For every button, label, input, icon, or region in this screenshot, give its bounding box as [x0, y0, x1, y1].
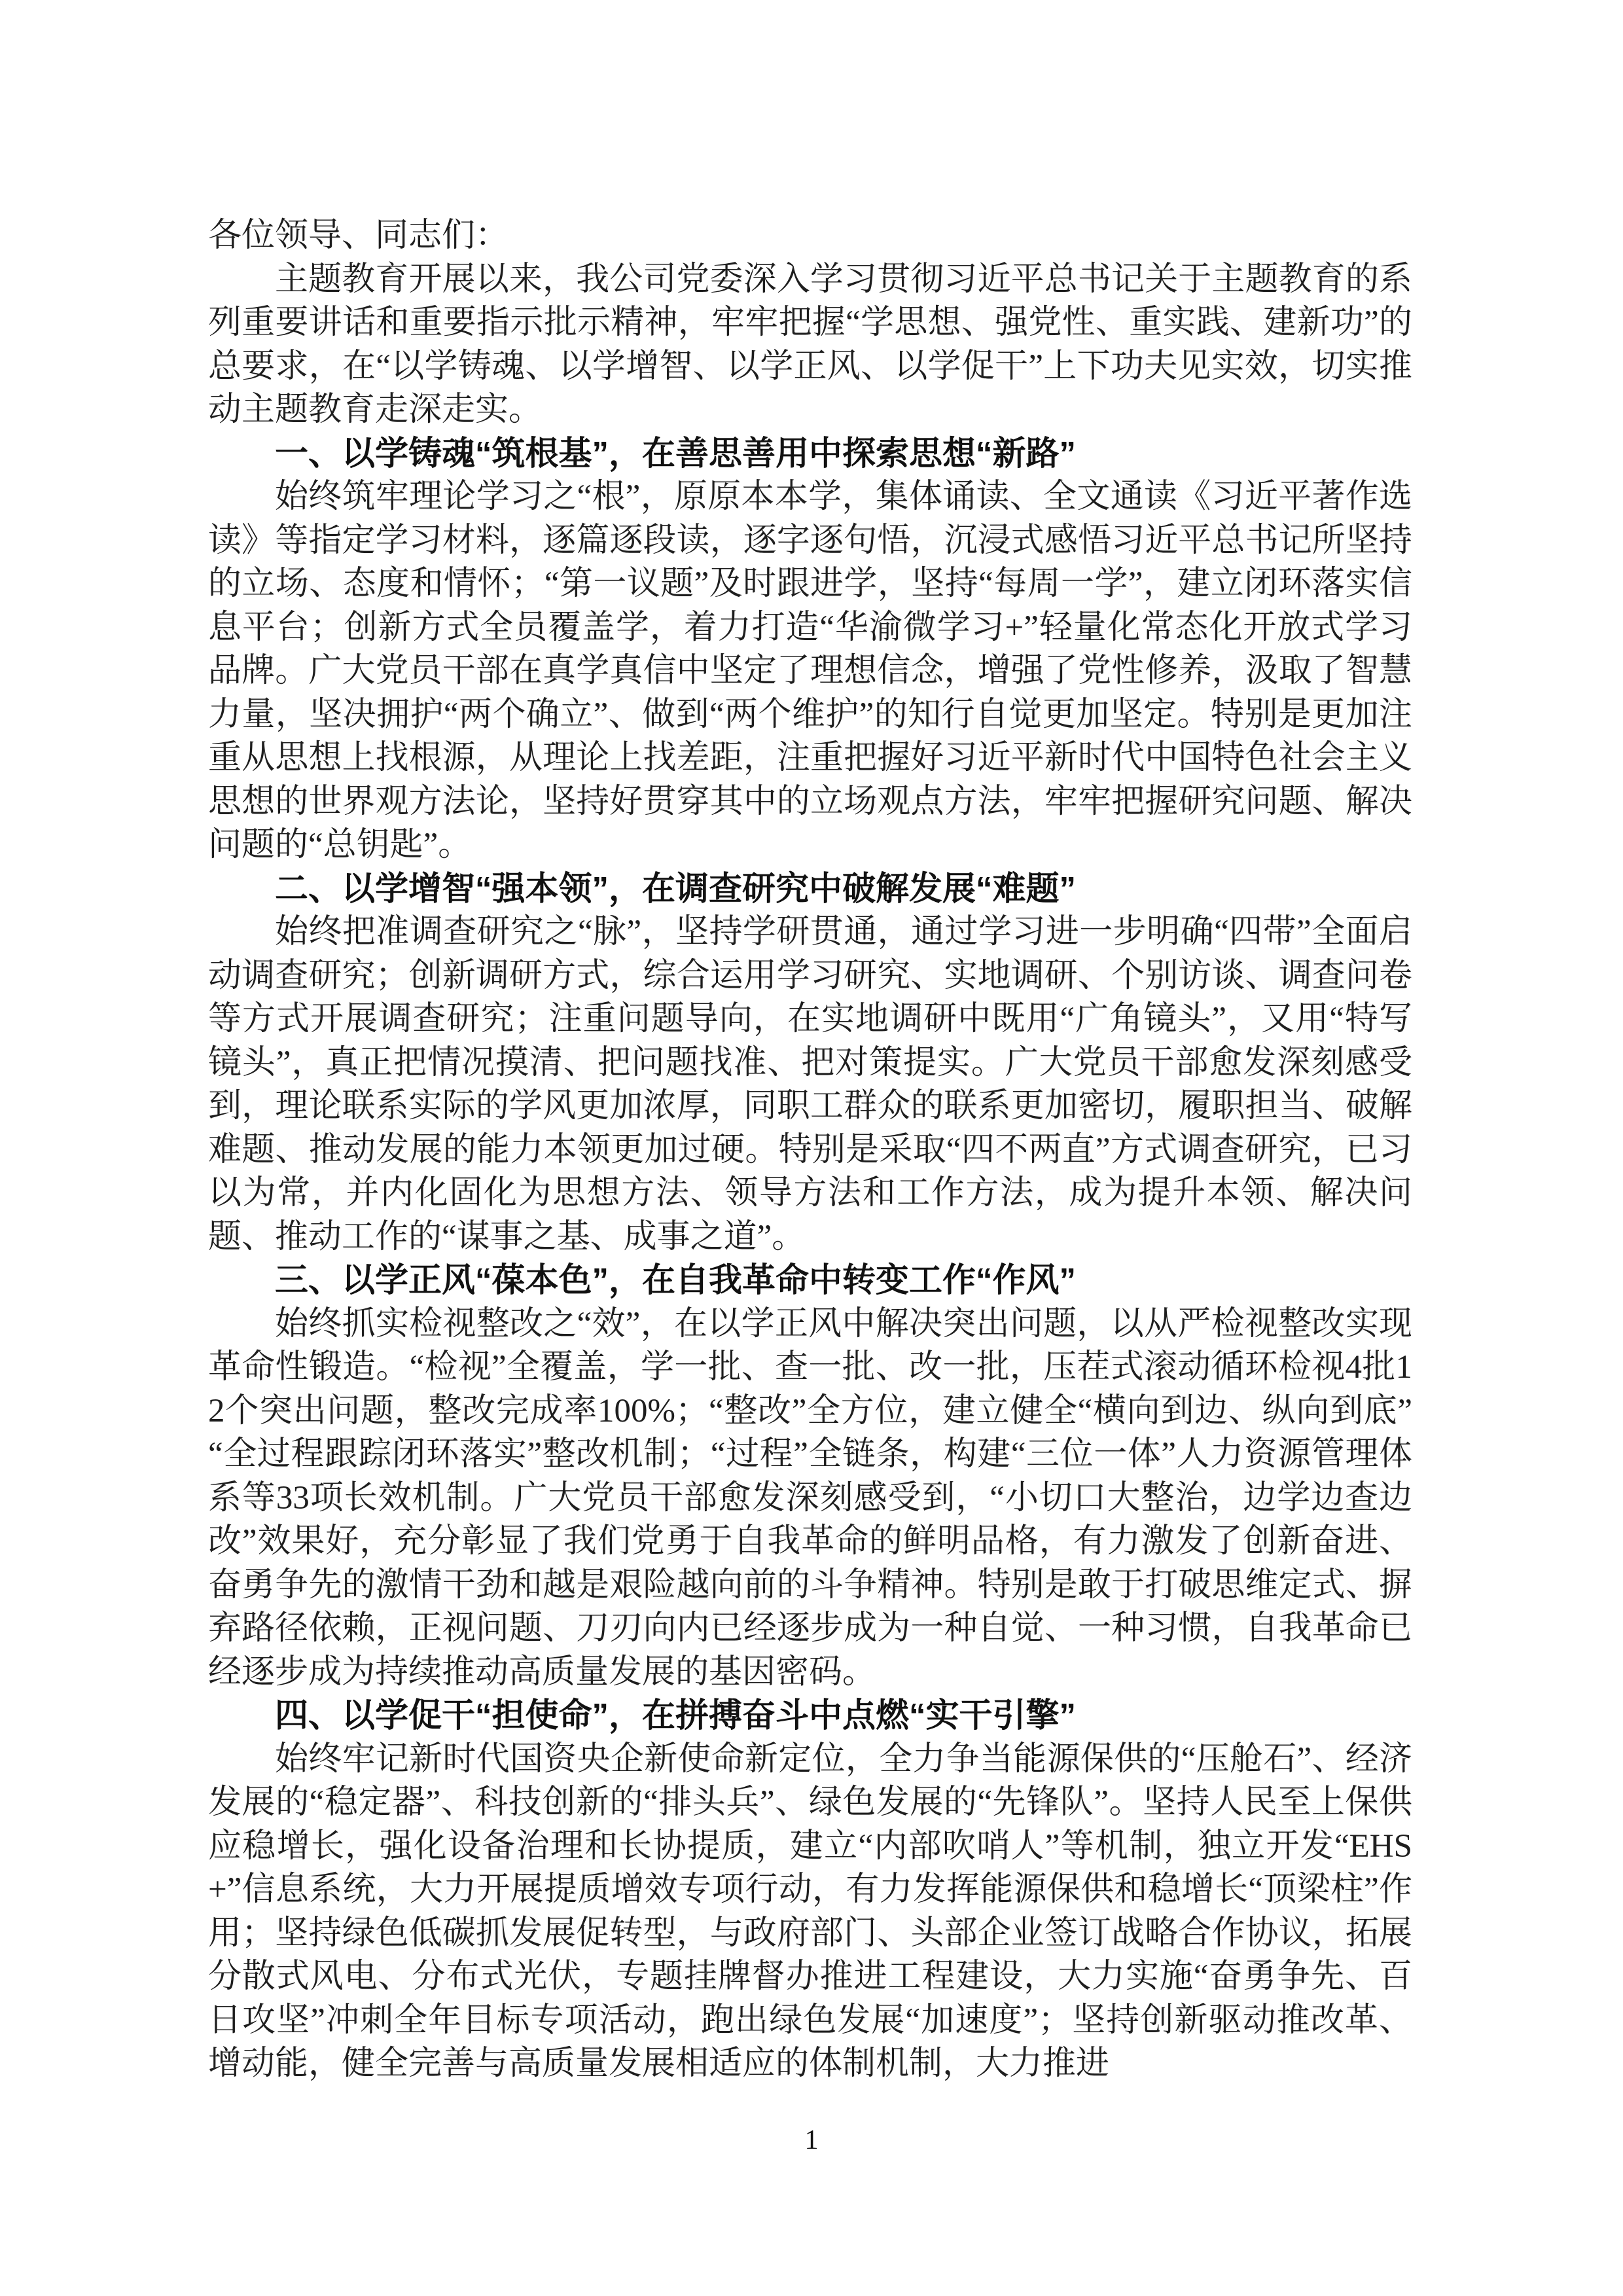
section-1-heading: 一、以学铸魂“筑根基”，在善思善用中探索思想“新路” — [208, 432, 1412, 476]
document-body: 各位领导、同志们： 主题教育开展以来，我公司党委深入学习贯彻习近平总书记关于主题… — [208, 214, 1412, 2086]
section-3-heading: 三、以学正风“葆本色”，在自我革命中转变工作“作风” — [208, 1259, 1412, 1302]
section-2-paragraph: 始终把准调查研究之“脉”，坚持学研贯通，通过学习进一步明确“四带”全面启动调查研… — [208, 910, 1412, 1259]
greeting-line: 各位领导、同志们： — [208, 214, 1412, 258]
document-page: 各位领导、同志们： 主题教育开展以来，我公司党委深入学习贯彻习近平总书记关于主题… — [0, 0, 1623, 2296]
section-3-paragraph: 始终抓实检视整改之“效”，在以学正风中解决突出问题，以从严检视整改实现革命性锻造… — [208, 1302, 1412, 1695]
section-4-paragraph: 始终牢记新时代国资央企新使命新定位，全力争当能源保供的“压舱石”、经济发展的“稳… — [208, 1738, 1412, 2086]
section-1-paragraph: 始终筑牢理论学习之“根”，原原本本学，集体诵读、全文通读《习近平著作选读》等指定… — [208, 475, 1412, 867]
page-number: 1 — [0, 2124, 1623, 2157]
intro-paragraph: 主题教育开展以来，我公司党委深入学习贯彻习近平总书记关于主题教育的系列重要讲话和… — [208, 258, 1412, 432]
section-4-heading: 四、以学促干“担使命”，在拼搏奋斗中点燃“实干引擎” — [208, 1694, 1412, 1738]
section-2-heading: 二、以学增智“强本领”，在调查研究中破解发展“难题” — [208, 867, 1412, 911]
